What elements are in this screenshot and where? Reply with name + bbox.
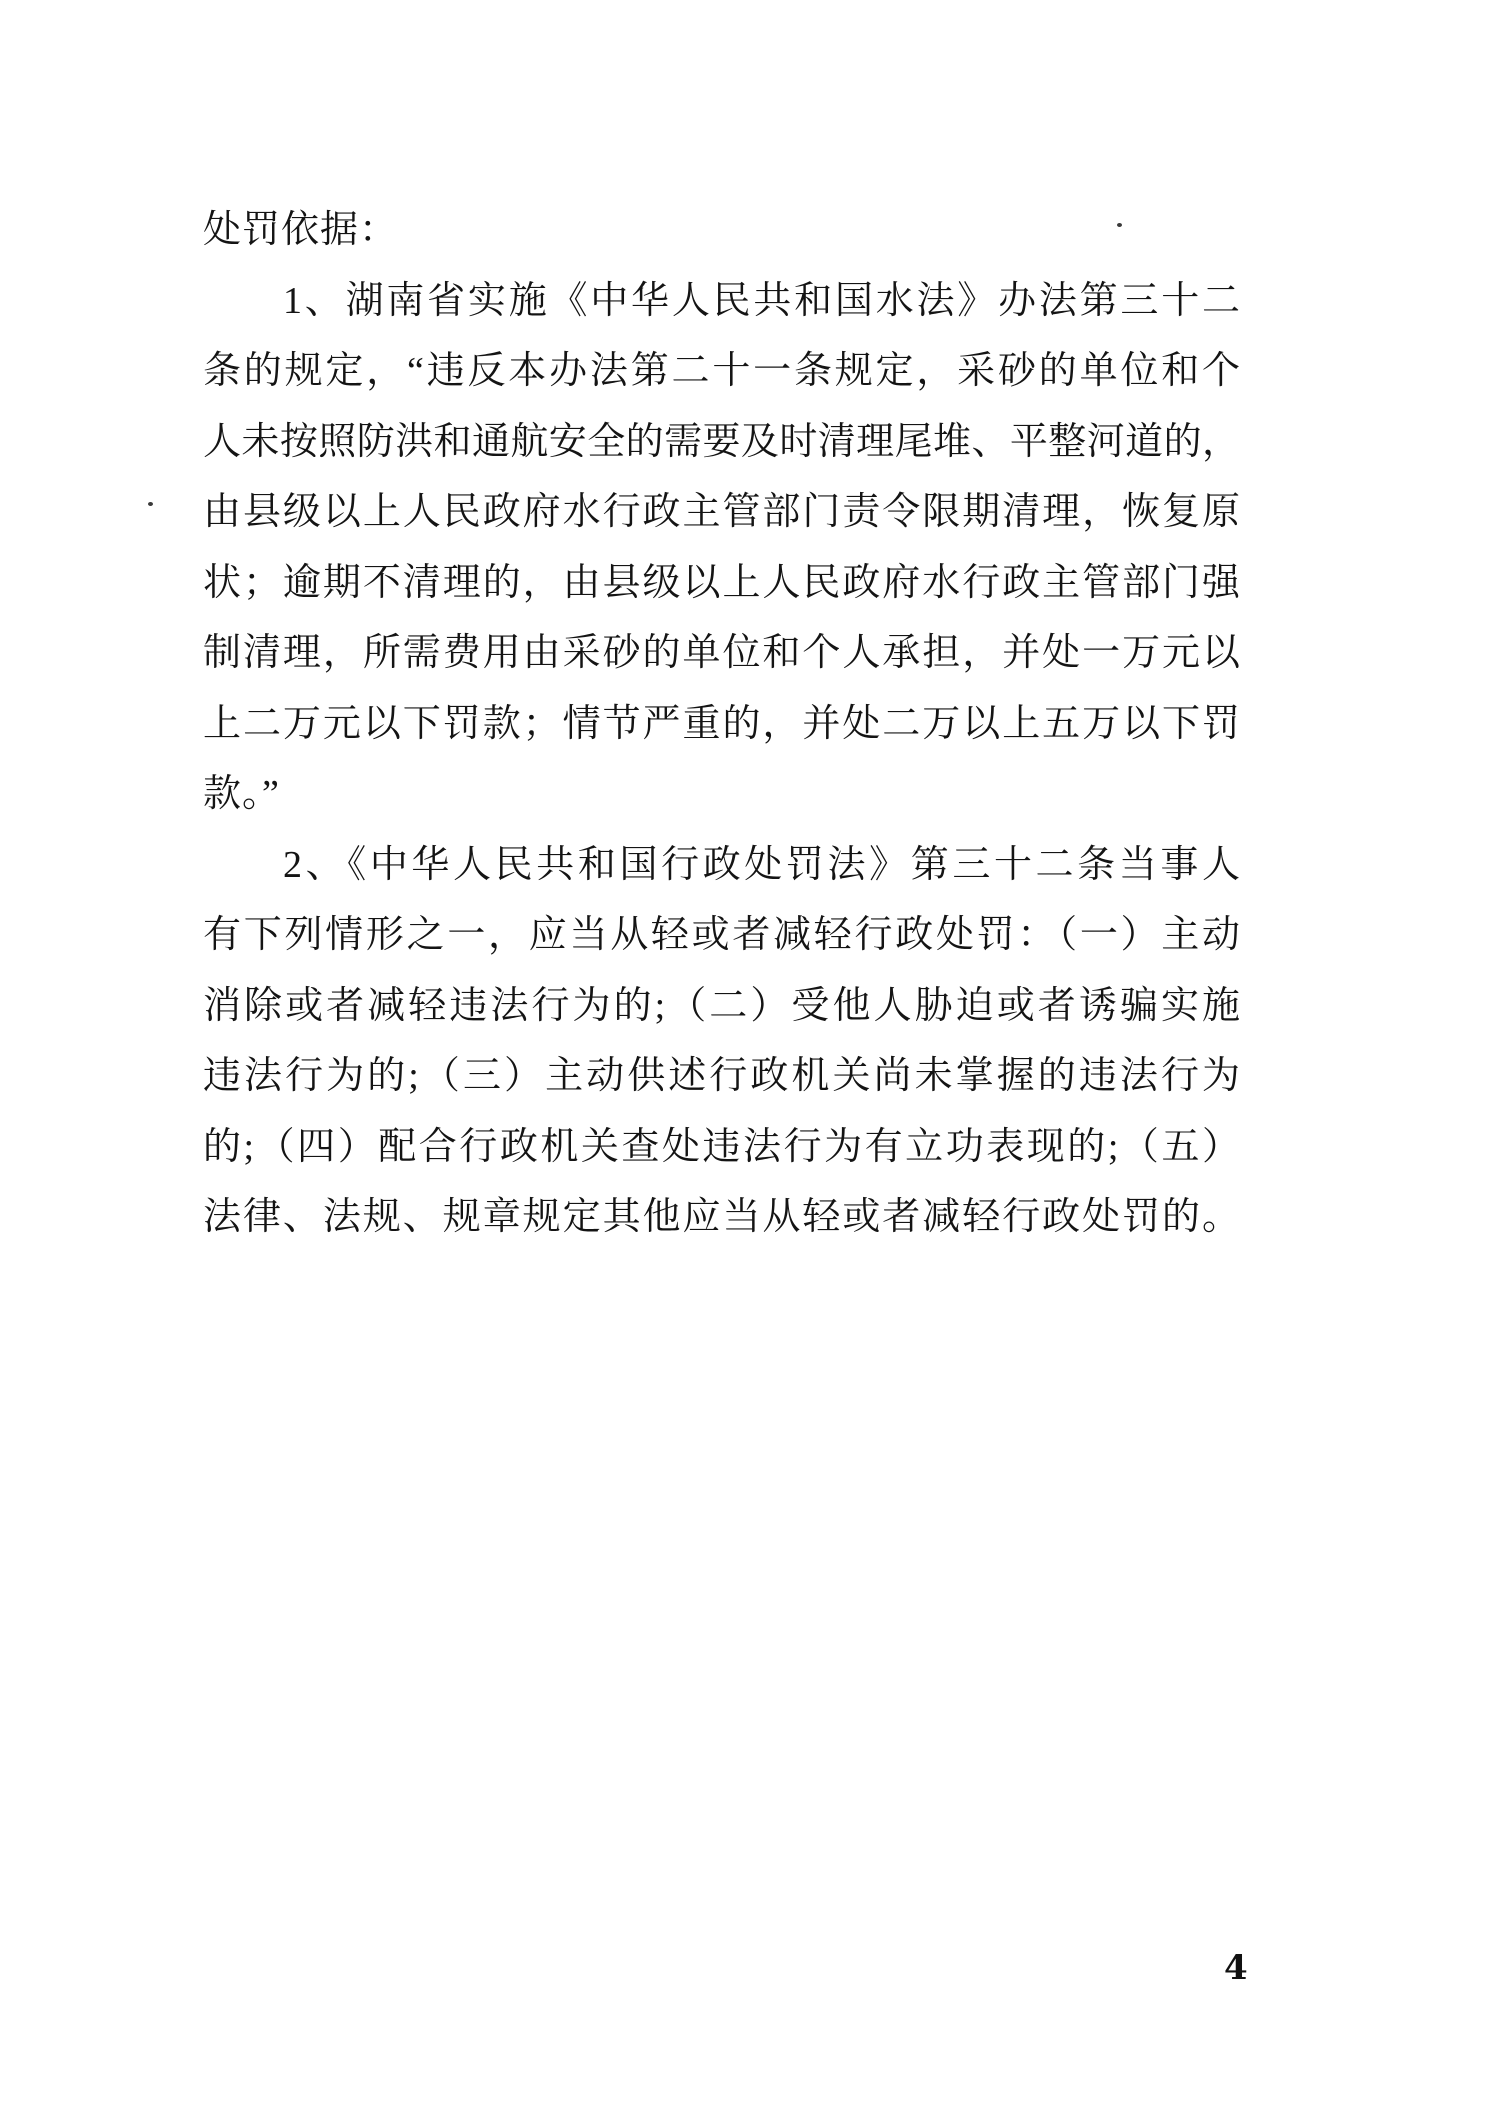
text-line: 款。”: [203, 759, 1240, 830]
text-line: 制清理，所需费用由采砂的单位和个人承担，并处一万元以: [203, 618, 1240, 689]
text-line: 人未按照防洪和通航安全的需要及时清理尾堆、平整河道的，: [203, 407, 1240, 478]
text-line: 有下列情形之一，应当从轻或者减轻行政处罚：（一）主动: [203, 900, 1240, 971]
text-line: 的;（四）配合行政机关查处违法行为有立功表现的;（五）: [203, 1112, 1240, 1183]
document-body: 处罚依据：1、湖南省实施《中华人民共和国水法》办法第三十二条的规定，“违反本办法…: [203, 195, 1240, 1253]
text-line: 违法行为的;（三）主动供述行政机关尚未掌握的违法行为: [203, 1041, 1240, 1112]
text-line: 法律、法规、规章规定其他应当从轻或者减轻行政处罚的。: [203, 1182, 1240, 1253]
text-line: 上二万元以下罚款；情节严重的，并处二万以上五万以下罚: [203, 689, 1240, 760]
document-page: 处罚依据：1、湖南省实施《中华人民共和国水法》办法第三十二条的规定，“违反本办法…: [0, 0, 1488, 2105]
text-line: 处罚依据：: [203, 195, 1240, 266]
text-line: 由县级以上人民政府水行政主管部门责令限期清理，恢复原: [203, 477, 1240, 548]
text-line: 1、湖南省实施《中华人民共和国水法》办法第三十二: [203, 266, 1240, 337]
page-number: 4: [1224, 1948, 1248, 1988]
scan-speck: [148, 502, 153, 506]
text-line: 2、《中华人民共和国行政处罚法》第三十二条当事人: [203, 830, 1240, 901]
text-line: 消除或者减轻违法行为的;（二）受他人胁迫或者诱骗实施: [203, 971, 1240, 1042]
text-line: 状；逾期不清理的，由县级以上人民政府水行政主管部门强: [203, 548, 1240, 619]
scan-speck: [1117, 223, 1122, 227]
text-line: 条的规定，“违反本办法第二十一条规定，采砂的单位和个: [203, 336, 1240, 407]
